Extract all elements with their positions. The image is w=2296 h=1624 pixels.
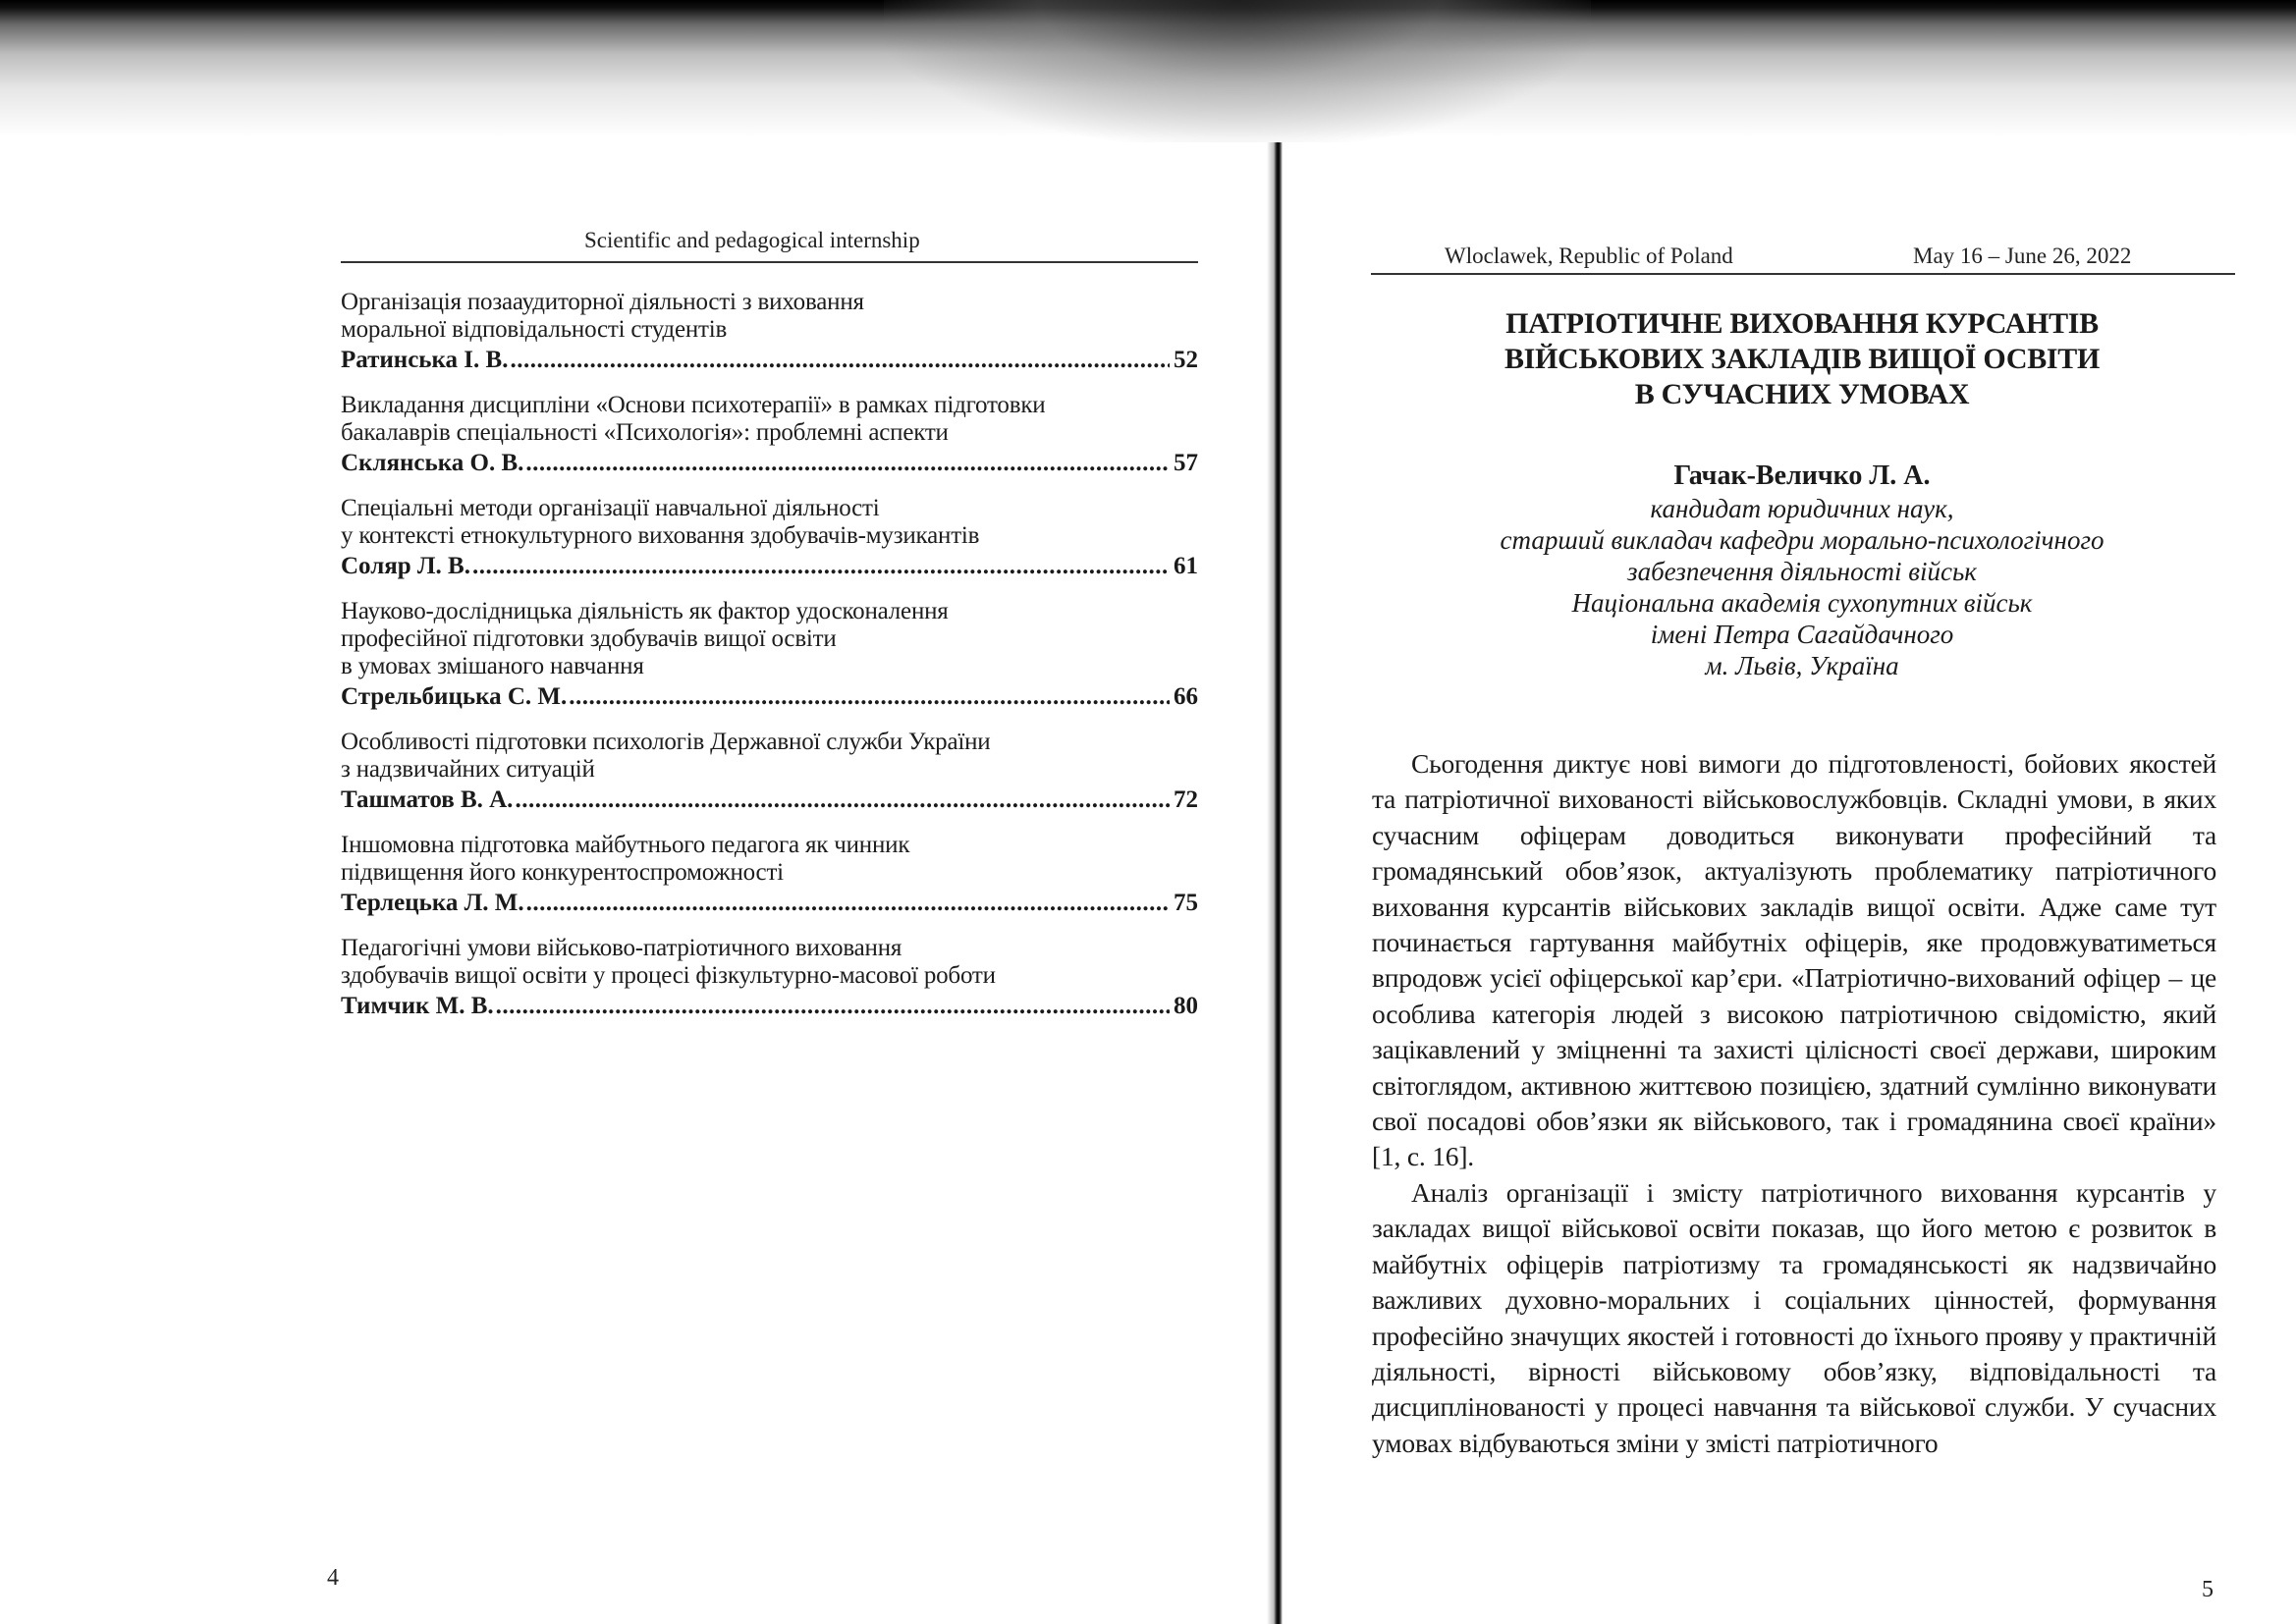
toc-entry-title: підвищення його конкурентоспроможності — [341, 859, 1198, 887]
left-page: Scientific and pedagogical internship Ор… — [0, 0, 1267, 1624]
toc-leader-dots — [496, 992, 1170, 1021]
toc-entry-title: Науково-дослідницька діяльність як факто… — [341, 598, 1198, 625]
toc-entry-page: 80 — [1174, 992, 1198, 1021]
toc-entry: Особливості підготовки психологів Держав… — [341, 729, 1198, 815]
toc-entry-page: 52 — [1174, 346, 1198, 375]
page-number: 4 — [327, 1565, 339, 1592]
toc-entry-title: з надзвичайних ситуацій — [341, 756, 1198, 784]
toc-entry-author: Ратинська І. В. — [341, 346, 508, 375]
affiliation-line: Національна академія сухопутних військ — [1370, 587, 2234, 619]
header-rule — [341, 261, 1198, 263]
toc-entry-title: Спеціальні методи організації навчальної… — [341, 495, 1198, 522]
toc-entry: Науково-дослідницька діяльність як факто… — [341, 598, 1198, 712]
toc-author-line: Соляр Л. В.61 — [341, 552, 1198, 581]
toc-entry: Іншомовна підготовка майбутнього педагог… — [341, 832, 1198, 918]
affiliation-line: кандидат юридичних наук, — [1370, 493, 2234, 524]
toc-entry-page: 66 — [1174, 682, 1198, 712]
toc-entry-author: Соляр Л. В. — [341, 552, 470, 581]
article-body: Сьогодення диктує нові вимоги до підгото… — [1372, 746, 2216, 1461]
table-of-contents: Організація позааудиторної діяльності з … — [341, 289, 1198, 1038]
toc-entry-title: у контексті етнокультурного виховання зд… — [341, 522, 1198, 550]
toc-leader-dots — [525, 449, 1170, 478]
affiliation-line: імені Петра Сагайдачного — [1370, 619, 2234, 650]
toc-entry: Організація позааудиторної діяльності з … — [341, 289, 1198, 375]
body-paragraph: Аналіз організації і змісту патріотичног… — [1372, 1175, 2216, 1461]
book-spread-scan: Scientific and pedagogical internship Ор… — [0, 0, 2296, 1624]
toc-entry-title: Викладання дисципліни «Основи психотерап… — [341, 392, 1198, 419]
toc-entry-page: 57 — [1174, 449, 1198, 478]
affiliation-line: м. Львів, Україна — [1370, 650, 2234, 681]
article-title-line: В СУЧАСНИХ УМОВАХ — [1370, 377, 2234, 412]
running-head-location: Wloclawek, Republic of Poland — [1445, 244, 1733, 269]
toc-entry-title: професійної підготовки здобувачів вищої … — [341, 625, 1198, 653]
toc-entry-author: Ташматов В. А. — [341, 785, 513, 815]
toc-entry-page: 75 — [1174, 889, 1198, 918]
affiliation-line: забезпечення діяльності військ — [1370, 556, 2234, 587]
toc-entry-title: Особливості підготовки психологів Держав… — [341, 729, 1198, 756]
running-head-dates: May 16 – June 26, 2022 — [1913, 244, 2131, 269]
toc-entry: Викладання дисципліни «Основи психотерап… — [341, 392, 1198, 478]
toc-entry: Педагогічні умови військово-патріотичног… — [341, 935, 1198, 1021]
affiliation-line: старший викладач кафедри морально-психол… — [1370, 524, 2234, 556]
toc-author-line: Тимчик М. В.80 — [341, 992, 1198, 1021]
toc-author-line: Ратинська І. В.52 — [341, 346, 1198, 375]
book-spine — [1267, 142, 1283, 1624]
toc-entry-title: бакалаврів спеціальності «Психологія»: п… — [341, 419, 1198, 447]
author-block: Гачак-Величко Л. А. кандидат юридичних н… — [1370, 460, 2234, 681]
author-name: Гачак-Величко Л. А. — [1370, 460, 2234, 493]
toc-entry-title: Іншомовна підготовка майбутнього педагог… — [341, 832, 1198, 859]
toc-author-line: Терлецька Л. М.75 — [341, 889, 1198, 918]
toc-entry-author: Склянська О. В. — [341, 449, 523, 478]
toc-author-line: Ташматов В. А.72 — [341, 785, 1198, 815]
toc-entry-page: 61 — [1174, 552, 1198, 581]
article-title-line: ПАТРІОТИЧНЕ ВИХОВАННЯ КУРСАНТІВ — [1370, 306, 2234, 342]
header-rule — [1371, 273, 2235, 275]
body-paragraph: Сьогодення диктує нові вимоги до підгото… — [1372, 746, 2216, 1175]
toc-leader-dots — [515, 785, 1170, 815]
toc-leader-dots — [472, 552, 1170, 581]
toc-entry-title: здобувачів вищої освіти у процесі фізкул… — [341, 962, 1198, 990]
toc-leader-dots — [526, 889, 1170, 918]
toc-author-line: Стрельбицька С. М.66 — [341, 682, 1198, 712]
toc-entry-author: Терлецька Л. М. — [341, 889, 524, 918]
toc-entry-author: Тимчик М. В. — [341, 992, 494, 1021]
running-head: Scientific and pedagogical internship — [584, 228, 920, 253]
article-title: ПАТРІОТИЧНЕ ВИХОВАННЯ КУРСАНТІВ ВІЙСЬКОВ… — [1370, 306, 2234, 412]
page-number: 5 — [2202, 1577, 2214, 1603]
toc-entry-page: 72 — [1174, 785, 1198, 815]
toc-entry: Спеціальні методи організації навчальної… — [341, 495, 1198, 581]
toc-entry-title: в умовах змішаного навчання — [341, 653, 1198, 680]
toc-entry-author: Стрельбицька С. М. — [341, 682, 567, 712]
toc-leader-dots — [569, 682, 1170, 712]
toc-leader-dots — [510, 346, 1170, 375]
toc-entry-title: Організація позааудиторної діяльності з … — [341, 289, 1198, 316]
toc-entry-title: Педагогічні умови військово-патріотичног… — [341, 935, 1198, 962]
article-title-line: ВІЙСЬКОВИХ ЗАКЛАДІВ ВИЩОЇ ОСВІТИ — [1370, 342, 2234, 377]
toc-author-line: Склянська О. В.57 — [341, 449, 1198, 478]
toc-entry-title: моральної відповідальності студентів — [341, 316, 1198, 344]
